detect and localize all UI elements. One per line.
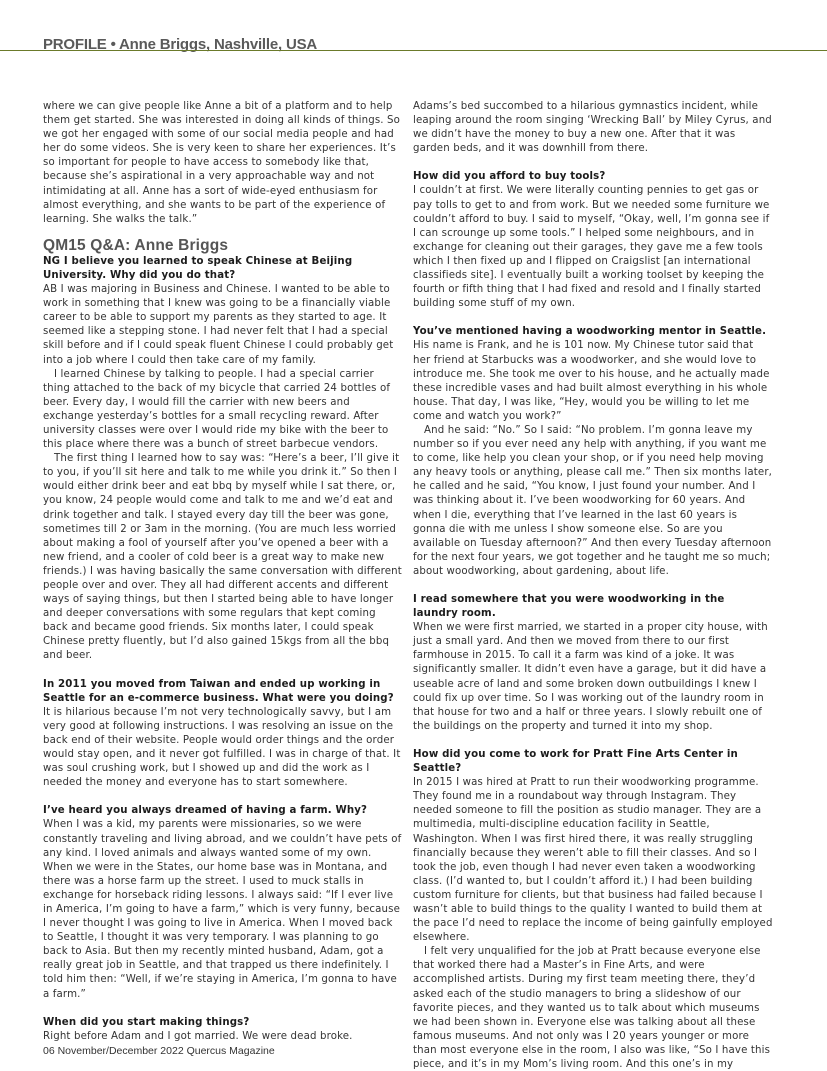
question: I read somewhere that you were woodworki… [413,593,773,621]
answer: I learned Chinese by talking to people. … [43,368,403,453]
answer: The first thing I learned how to say was… [43,452,403,663]
continued-paragraph: Adams’s bed succombed to a hilarious gym… [413,100,773,156]
answer: And he said: “No.” So I said: “No proble… [413,424,773,579]
qa-section-title: QM15 Q&A: Anne Briggs [43,237,403,255]
question: I’ve heard you always dreamed of having … [43,804,403,818]
right-column: Adams’s bed succombed to a hilarious gym… [413,100,773,1071]
question: NG I believe you learned to speak Chines… [43,255,403,283]
question: When did you start making things? [43,1016,403,1030]
answer: His name is Frank, and he is 101 now. My… [413,339,773,424]
answer: Right before Adam and I got married. We … [43,1030,403,1044]
question: You’ve mentioned having a woodworking me… [413,325,773,339]
answer: When I was a kid, my parents were missio… [43,818,403,1001]
question: How did you come to work for Pratt Fine … [413,748,773,776]
intro-paragraph: where we can give people like Anne a bit… [43,100,403,227]
answer: It is hilarious because I’m not very tec… [43,706,403,791]
answer: I felt very unqualified for the job at P… [413,945,773,1071]
answer: When we were first married, we started i… [413,621,773,734]
answer: I couldn’t at first. We were literally c… [413,184,773,311]
question: How did you afford to buy tools? [413,170,773,184]
header-divider [0,50,827,51]
question: In 2011 you moved from Taiwan and ended … [43,678,403,706]
answer: AB I was majoring in Business and Chines… [43,283,403,368]
answer: In 2015 I was hired at Pratt to run thei… [413,776,773,945]
left-column: where we can give people like Anne a bit… [43,100,403,1044]
page-footer: 06 November/December 2022 Quercus Magazi… [43,1045,275,1057]
